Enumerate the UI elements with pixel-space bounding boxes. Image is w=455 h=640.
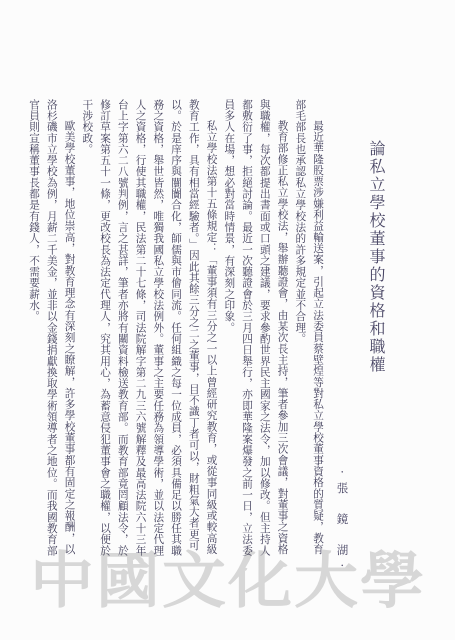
paragraph: 最近華隆股票涉嫌利益輸送案，引起立法委員蔡壁煌等對私立學校董事資格的質疑，教育部… (291, 99, 327, 559)
article-title: 論私立學校董事的資格和職權 (368, 140, 384, 374)
paragraph: 教育部修正私立學校法，舉辦聽證會，由某次長主持，筆者參加三次會議，對董事之資格與… (220, 99, 291, 559)
article-body: 最近華隆股票涉嫌利益輸送案，引起立法委員蔡壁煌等對私立學校董事資格的質疑，教育部… (24, 99, 326, 559)
document-page: 論私立學校董事的資格和職權 ·張 鏡 湖· 最近華隆股票涉嫌利益輸送案，引起立法… (0, 0, 455, 640)
paragraph: 私立學校法第十五條規定：「董事須有三分之一以上曾經研究教育，或從事同級或較高級教… (78, 99, 220, 559)
university-watermark: 中國文化大學 (30, 532, 426, 619)
paragraph: 歐美學校董事，地位崇高，對教育理念有深刻之瞭解，許多學校董事都有固定之報酬，以洛… (24, 99, 77, 559)
